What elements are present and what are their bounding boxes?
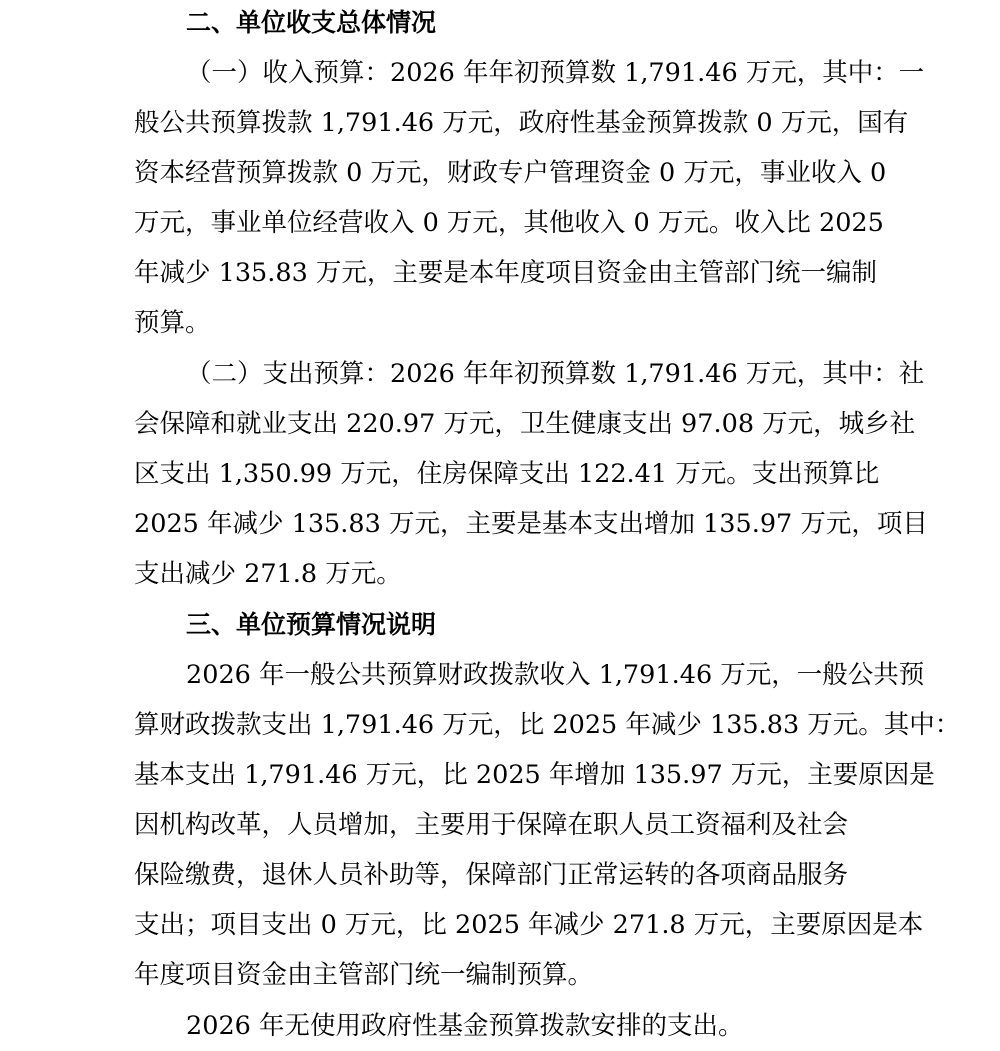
text-line: 支出；项目支出 0 万元，比 2025 年减少 271.8 万元，主要原因是本 — [134, 908, 923, 942]
text-line: 般公共预算拨款 1,791.46 万元，政府性基金预算拨款 0 万元，国有 — [134, 106, 908, 140]
text-line: 基本支出 1,791.46 万元，比 2025 年增加 135.97 万元，主要… — [134, 758, 935, 792]
text-line: 因机构改革，人员增加，主要用于保障在职人员工资福利及社会 — [134, 808, 848, 842]
text-line: （一）收入预算：2026 年年初预算数 1,791.46 万元，其中：一 — [186, 56, 924, 90]
section-heading-budget-explanation: 三、单位预算情况说明 — [186, 608, 436, 642]
text-line: 保险缴费，退休人员补助等，保障部门正常运转的各项商品服务 — [134, 858, 848, 892]
text-line: （二）支出预算：2026 年年初预算数 1,791.46 万元，其中：社 — [186, 357, 924, 391]
text-line: 算财政拨款支出 1,791.46 万元，比 2025 年减少 135.83 万元… — [134, 708, 960, 742]
text-line: 会保障和就业支出 220.97 万元，卫生健康支出 97.08 万元，城乡社 — [134, 407, 915, 441]
text-line: 支出减少 271.8 万元。 — [134, 557, 402, 591]
text-line: 年度项目资金由主管部门统一编制预算。 — [134, 958, 593, 992]
text-line: 年减少 135.83 万元，主要是本年度项目资金由主管部门统一编制 — [134, 256, 877, 290]
text-line: 2025 年减少 135.83 万元，主要是基本支出增加 135.97 万元，项… — [134, 507, 928, 541]
text-line: 2026 年一般公共预算财政拨款收入 1,791.46 万元，一般公共预 — [186, 658, 924, 692]
text-line: 2026 年无使用政府性基金预算拨款安排的支出。 — [186, 1009, 744, 1043]
text-line: 万元，事业单位经营收入 0 万元，其他收入 0 万元。收入比 2025 — [134, 206, 884, 240]
text-line: 预算。 — [134, 306, 211, 340]
text-line: 区支出 1,350.99 万元，住房保障支出 122.41 万元。支出预算比 — [134, 457, 879, 491]
document-page: 二、单位收支总体情况 （一）收入预算：2026 年年初预算数 1,791.46 … — [0, 0, 1000, 1051]
text-line: 资本经营预算拨款 0 万元，财政专户管理资金 0 万元，事业收入 0 — [134, 156, 886, 190]
section-heading-overall: 二、单位收支总体情况 — [186, 6, 436, 40]
